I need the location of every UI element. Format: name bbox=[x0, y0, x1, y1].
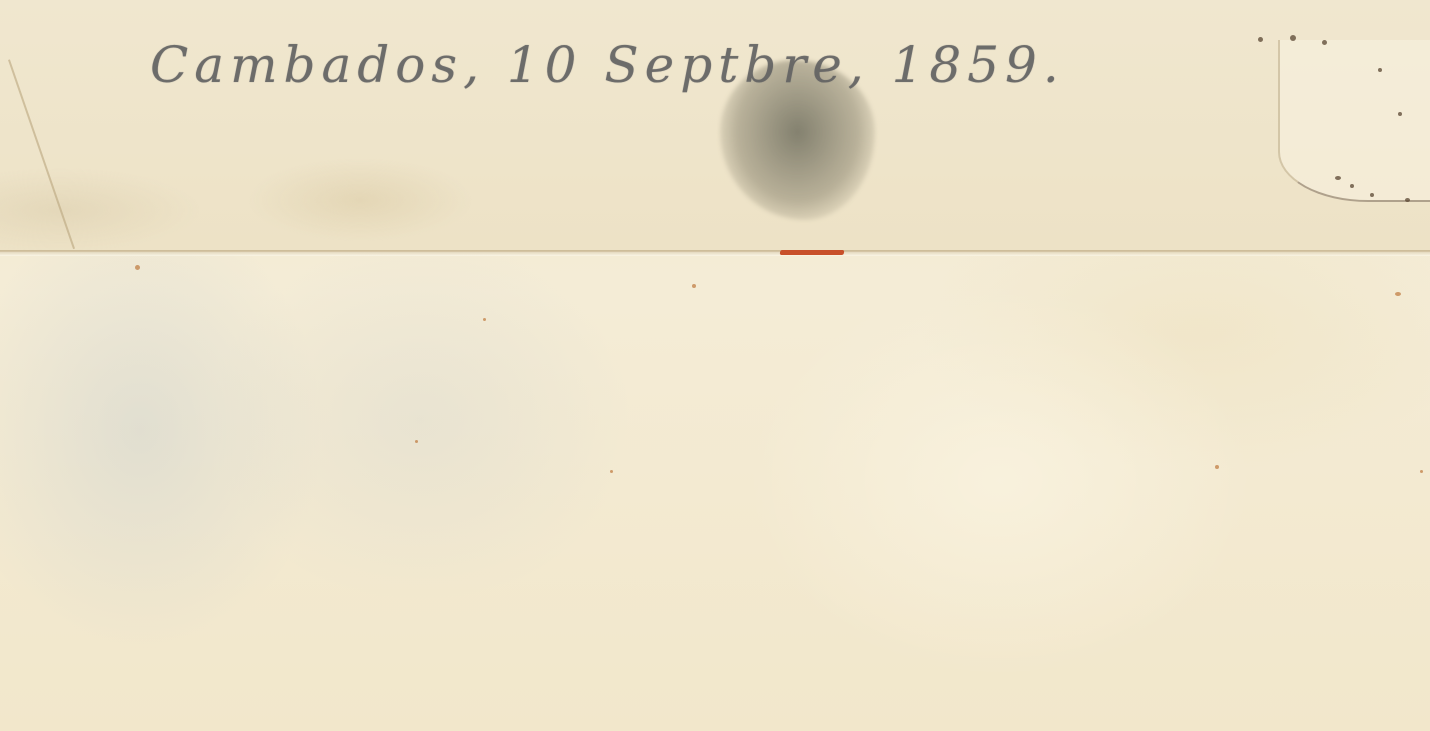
foxing-spot bbox=[1420, 470, 1423, 473]
foxing-spot bbox=[1395, 292, 1401, 296]
foxing-spot bbox=[1215, 465, 1219, 469]
ink-speck bbox=[1398, 112, 1402, 116]
foxing-spot bbox=[415, 440, 418, 443]
ink-speck bbox=[1350, 184, 1354, 188]
foxing-spot bbox=[610, 470, 613, 473]
fold-line bbox=[0, 250, 1430, 256]
faint-pencil-mark bbox=[965, 535, 970, 554]
foxing-spot bbox=[135, 265, 140, 270]
wax-seal-trace bbox=[780, 250, 845, 255]
ink-speck bbox=[1258, 37, 1263, 42]
ink-speck bbox=[1335, 176, 1341, 180]
corner-flap-edge bbox=[1278, 40, 1430, 202]
ink-speck bbox=[1290, 35, 1296, 41]
foxing-spot bbox=[483, 318, 486, 321]
foxing-spot bbox=[692, 284, 696, 288]
ink-speck bbox=[1322, 40, 1327, 45]
ink-speck bbox=[1370, 193, 1374, 197]
ink-speck bbox=[1405, 198, 1410, 202]
ink-speck bbox=[1378, 68, 1382, 72]
pencil-inscription: Cambados, 10 Septbre, 1859. bbox=[150, 36, 1065, 94]
